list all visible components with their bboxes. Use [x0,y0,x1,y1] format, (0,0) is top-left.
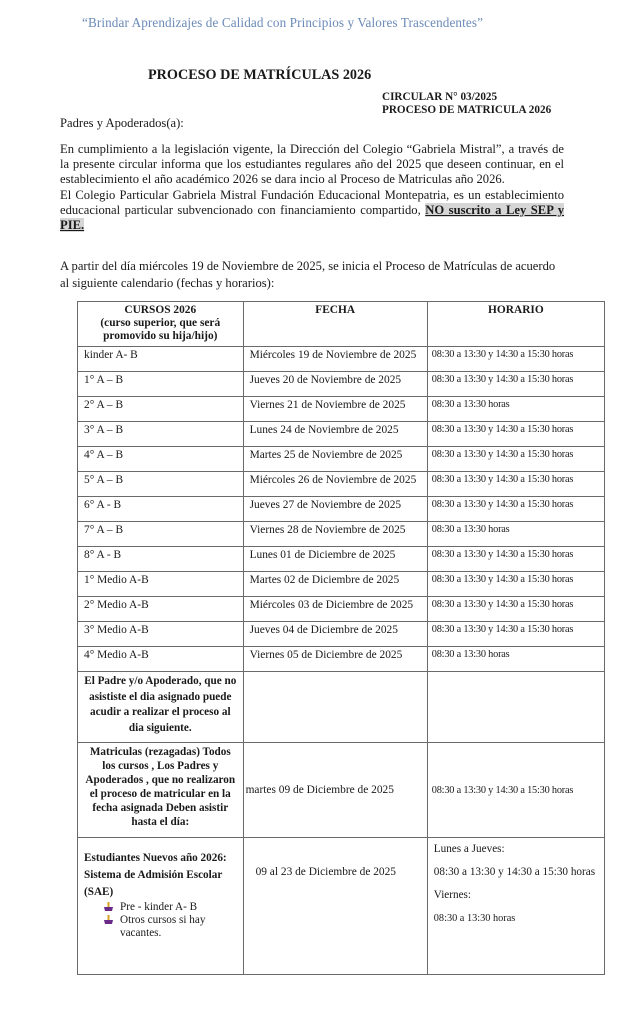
course-cell: 8° A - B [78,547,244,572]
time-cell: 08:30 a 13:30 horas [427,522,604,547]
new-students-curso: Estudiantes Nuevos año 2026: Sistema de … [78,838,244,975]
date-cell: Jueves 20 de Noviembre de 2025 [243,372,427,397]
date-cell: Miércoles 26 de Noviembre de 2025 [243,472,427,497]
horario-weekdays: 08:30 a 13:30 y 14:30 a 15:30 horas [434,861,598,884]
greeting: Padres y Apoderados(a): [60,116,184,131]
header-horario: HORARIO [427,302,604,347]
note-text: El Padre y/o Apoderado, que no asististe… [78,672,244,743]
date-cell: Martes 25 de Noviembre de 2025 [243,447,427,472]
hand-pointer-icon [104,902,113,912]
time-cell: 08:30 a 13:30 y 14:30 a 15:30 horas [427,447,604,472]
course-cell: 5° A – B [78,472,244,497]
header-fecha: FECHA [243,302,427,347]
late-horario: 08:30 a 13:30 y 14:30 a 15:30 horas [427,743,604,838]
time-cell: 08:30 a 13:30 y 14:30 a 15:30 horas [427,597,604,622]
time-cell: 08:30 a 13:30 y 14:30 a 15:30 horas [427,497,604,522]
circular-reference: CIRCULAR N° 03/2025 PROCESO DE MATRICULA… [382,91,551,116]
new-students-list: Pre - kinder A- B Otros cursos si hay va… [84,901,237,940]
header-cursos-subtitle: (curso superior, que será promovido su h… [84,317,237,343]
date-cell: Jueves 04 de Diciembre de 2025 [243,622,427,647]
date-cell: Miércoles 03 de Diciembre de 2025 [243,597,427,622]
horario-label-friday: Viernes: [434,884,598,907]
paragraph-legislation: En cumplimiento a la legislación vigente… [60,142,564,188]
header-cursos-title: CURSOS 2026 [84,304,237,317]
date-cell: Lunes 24 de Noviembre de 2025 [243,422,427,447]
course-cell: 2° Medio A-B [78,597,244,622]
course-cell: 2° A – B [78,397,244,422]
note-row: El Padre y/o Apoderado, que no asististe… [78,672,605,743]
course-cell: 7° A – B [78,522,244,547]
time-cell: 08:30 a 13:30 y 14:30 a 15:30 horas [427,372,604,397]
table-row: 1° Medio A-BMartes 02 de Diciembre de 20… [78,572,605,597]
table-row: 4° A – BMartes 25 de Noviembre de 202508… [78,447,605,472]
table-row: 3° Medio A-BJueves 04 de Diciembre de 20… [78,622,605,647]
time-cell: 08:30 a 13:30 y 14:30 a 15:30 horas [427,472,604,497]
date-cell: Miércoles 19 de Noviembre de 2025 [243,347,427,372]
course-cell: 1° Medio A-B [78,572,244,597]
bullet-text: Pre - kinder A- B [120,901,197,913]
table-row: 3° A – BLunes 24 de Noviembre de 202508:… [78,422,605,447]
late-fecha: martes 09 de Diciembre de 2025 [243,743,427,838]
paragraph-school-info: El Colegio Particular Gabriela Mistral F… [60,188,564,234]
course-cell: 4° Medio A-B [78,647,244,672]
school-motto: “Brindar Aprendizajes de Calidad con Pri… [82,15,483,31]
course-cell: 4° A – B [78,447,244,472]
circular-number: CIRCULAR N° 03/2025 [382,91,551,104]
new-students-horario: Lunes a Jueves: 08:30 a 13:30 y 14:30 a … [427,838,604,975]
course-cell: 1° A – B [78,372,244,397]
time-cell: 08:30 a 13:30 horas [427,397,604,422]
table-row: 4° Medio A-BViernes 05 de Diciembre de 2… [78,647,605,672]
bullet-text: Otros cursos si hay vacantes. [120,914,205,939]
list-item: Otros cursos si hay vacantes. [104,914,237,940]
table-row: 7° A – BViernes 28 de Noviembre de 20250… [78,522,605,547]
time-cell: 08:30 a 13:30 y 14:30 a 15:30 horas [427,547,604,572]
time-cell: 08:30 a 13:30 horas [427,647,604,672]
new-students-row: Estudiantes Nuevos año 2026: Sistema de … [78,838,605,975]
date-cell: Lunes 01 de Diciembre de 2025 [243,547,427,572]
date-cell: Viernes 21 de Noviembre de 2025 [243,397,427,422]
list-item: Pre - kinder A- B [104,901,237,914]
course-cell: 6° A - B [78,497,244,522]
date-cell: Martes 02 de Diciembre de 2025 [243,572,427,597]
hand-pointer-icon [104,915,113,925]
time-cell: 08:30 a 13:30 y 14:30 a 15:30 horas [427,622,604,647]
table-row: 2° Medio A-BMiércoles 03 de Diciembre de… [78,597,605,622]
late-curso: Matriculas (rezagadas) Todos los cursos … [78,743,244,838]
course-cell: kinder A- B [78,347,244,372]
horario-friday: 08:30 a 13:30 horas [434,907,598,930]
page-title: PROCESO DE MATRÍCULAS 2026 [148,67,371,84]
late-enrollment-row: Matriculas (rezagadas) Todos los cursos … [78,743,605,838]
new-students-lead: Estudiantes Nuevos año 2026: Sistema de … [84,850,237,901]
time-cell: 08:30 a 13:30 y 14:30 a 15:30 horas [427,572,604,597]
new-students-fecha: 09 al 23 de Diciembre de 2025 [243,838,427,975]
course-cell: 3° Medio A-B [78,622,244,647]
table-row: 1° A – BJueves 20 de Noviembre de 202508… [78,372,605,397]
table-row: 8° A - BLunes 01 de Diciembre de 202508:… [78,547,605,572]
header-cursos: CURSOS 2026 (curso superior, que será pr… [78,302,244,347]
date-cell: Viernes 28 de Noviembre de 2025 [243,522,427,547]
date-cell: Jueves 27 de Noviembre de 2025 [243,497,427,522]
paragraph-calendar-intro: A partir del día miércoles 19 de Noviemb… [60,258,564,292]
course-cell: 3° A – B [78,422,244,447]
table-row: 6° A - BJueves 27 de Noviembre de 202508… [78,497,605,522]
horario-label-weekdays: Lunes a Jueves: [434,838,598,861]
schedule-rows: kinder A- BMiércoles 19 de Noviembre de … [78,347,605,672]
date-cell: Viernes 05 de Diciembre de 2025 [243,647,427,672]
note-horario-empty [427,672,604,743]
intro-paragraphs: En cumplimiento a la legislación vigente… [60,142,564,233]
table-header-row: CURSOS 2026 (curso superior, que será pr… [78,302,605,347]
time-cell: 08:30 a 13:30 y 14:30 a 15:30 horas [427,347,604,372]
time-cell: 08:30 a 13:30 y 14:30 a 15:30 horas [427,422,604,447]
table-row: 2° A – BViernes 21 de Noviembre de 20250… [78,397,605,422]
table-row: kinder A- BMiércoles 19 de Noviembre de … [78,347,605,372]
note-fecha-empty [243,672,427,743]
enrollment-schedule-table: CURSOS 2026 (curso superior, que será pr… [77,301,605,975]
circular-subject: PROCESO DE MATRICULA 2026 [382,104,551,117]
table-row: 5° A – BMiércoles 26 de Noviembre de 202… [78,472,605,497]
